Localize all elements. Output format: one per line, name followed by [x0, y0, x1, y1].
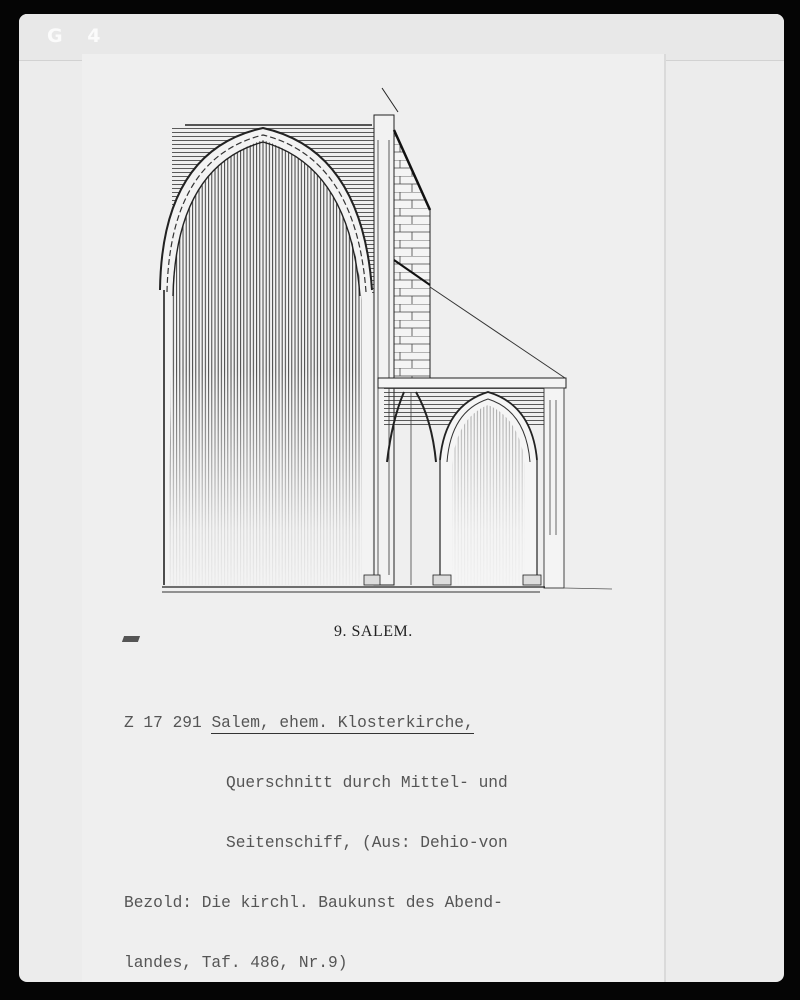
record-line-1: Z 17 291 Salem, ehem. Klosterkirche, [124, 713, 508, 733]
record-title: Salem, ehem. Klosterkirche, [211, 714, 473, 734]
card-id-label: G 4 [47, 25, 109, 47]
record-line-2: Querschnitt durch Mittel- und [124, 773, 508, 793]
record-line-3: Seitenschiff, (Aus: Dehio-von [124, 833, 508, 853]
catalog-number: Z 17 291 [124, 714, 202, 732]
masonry-wall [394, 130, 430, 385]
aisle-buttress [544, 388, 564, 588]
aisle-vault [384, 388, 544, 585]
cross-section-drawing [150, 80, 630, 610]
plate-caption: 9. SALEM. [334, 623, 413, 641]
plate-marker-glyph [122, 636, 140, 642]
record-line-4: Bezold: Die kirchl. Baukunst des Abend- [124, 893, 508, 913]
nave-vault [160, 128, 372, 585]
record-line-5: landes, Taf. 486, Nr.9) [124, 953, 508, 973]
catalog-record: Z 17 291 Salem, ehem. Klosterkirche, Que… [124, 673, 508, 993]
